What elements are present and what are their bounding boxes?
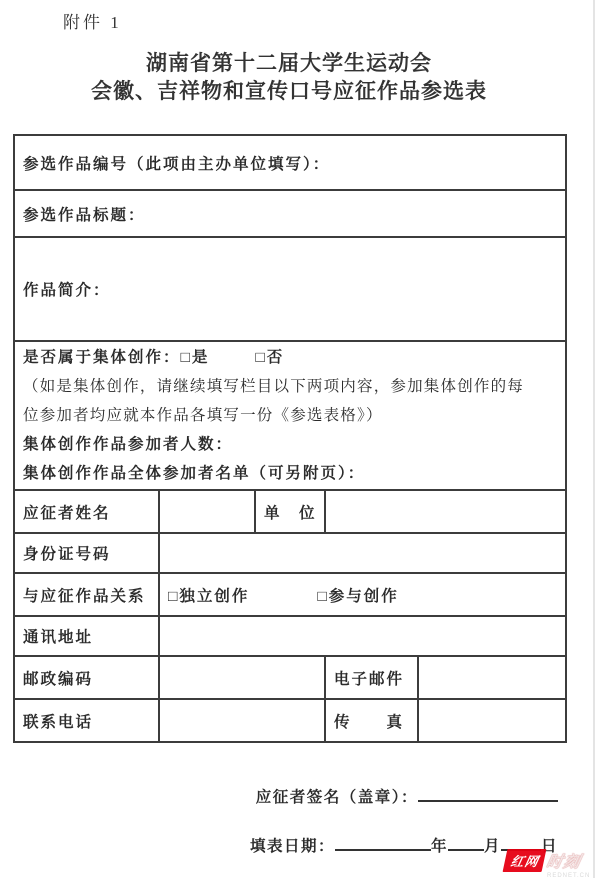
collective-count-label[interactable]: 集体创作作品参加者人数：: [23, 430, 557, 459]
postal-code-input-cell[interactable]: [159, 656, 325, 699]
signature-label: 应征者签名（盖章）：: [256, 789, 418, 806]
fax-label: 传 真: [325, 699, 418, 742]
table-row: 参选作品标题：: [14, 190, 566, 237]
work-title-cell[interactable]: 参选作品标题：: [14, 190, 566, 237]
signature-line[interactable]: [418, 785, 558, 802]
date-year-line[interactable]: [335, 834, 431, 851]
checkbox-independent-creation[interactable]: □独立创作: [168, 588, 249, 605]
signature-row: 应征者签名（盖章）：: [256, 785, 558, 807]
table-row: 邮政编码 电子邮件: [14, 656, 566, 699]
form-title-line1: 湖南省第十二届大学生运动会: [13, 50, 565, 78]
applicant-name-label: 应征者姓名: [14, 490, 159, 533]
unit-label: 单 位: [255, 490, 325, 533]
rednet-logo-right: 时刻 REDNET.CN: [547, 849, 590, 878]
work-intro-cell[interactable]: 作品简介：: [14, 237, 566, 341]
date-label: 填表日期：: [250, 838, 335, 855]
applicant-name-input-cell[interactable]: [159, 490, 255, 533]
table-row: 联系电话 传 真: [14, 699, 566, 742]
id-number-input-cell[interactable]: [159, 533, 566, 573]
table-row: 与应征作品关系 □独立创作□参与创作: [14, 573, 566, 616]
table-row: 参选作品编号（此项由主办单位填写）：: [14, 135, 566, 190]
rednet-watermark-logo: 红网 时刻 REDNET.CN: [505, 849, 590, 878]
form-title: 湖南省第十二届大学生运动会 会徽、吉祥物和宣传口号应征作品参选表: [13, 50, 565, 106]
form-document-page: 附件 1 湖南省第十二届大学生运动会 会徽、吉祥物和宣传口号应征作品参选表 参选…: [0, 0, 600, 878]
relation-options-cell: □独立创作□参与创作: [159, 573, 566, 616]
scan-page-edge: [593, 0, 595, 878]
rednet-logo-caption: REDNET.CN: [547, 873, 590, 878]
address-input-cell[interactable]: [159, 616, 566, 656]
table-row: 应征者姓名 单 位: [14, 490, 566, 533]
fax-input-cell[interactable]: [418, 699, 566, 742]
unit-input-cell[interactable]: [325, 490, 566, 533]
id-number-label: 身份证号码: [14, 533, 159, 573]
rednet-logo-red-chip: 红网: [503, 849, 547, 872]
email-input-cell[interactable]: [418, 656, 566, 699]
phone-input-cell[interactable]: [159, 699, 325, 742]
table-row: 身份证号码: [14, 533, 566, 573]
email-label: 电子邮件: [325, 656, 418, 699]
collective-creation-cell: 是否属于集体创作：□是□否 （如是集体创作，请继续填写栏目以下两项内容，参加集体…: [14, 341, 566, 490]
collective-note-line1: （如是集体创作，请继续填写栏目以下两项内容，参加集体创作的每: [23, 372, 557, 401]
collective-roster-label[interactable]: 集体创作作品全体参加者名单（可另附页）：: [23, 459, 557, 488]
postal-code-label: 邮政编码: [14, 656, 159, 699]
table-row: 通讯地址: [14, 616, 566, 656]
checkbox-collective-no[interactable]: □否: [255, 349, 284, 366]
table-row: 是否属于集体创作：□是□否 （如是集体创作，请继续填写栏目以下两项内容，参加集体…: [14, 341, 566, 490]
address-label: 通讯地址: [14, 616, 159, 656]
collective-note-line2: 位参加者均应就本作品各填写一份《参选表格》）: [23, 401, 557, 430]
rednet-logo-left-text: 红网: [509, 851, 541, 870]
table-row: 作品简介：: [14, 237, 566, 341]
rednet-logo-right-text: 时刻: [545, 849, 593, 872]
application-form-table: 参选作品编号（此项由主办单位填写）： 参选作品标题： 作品简介： 是否属于集体创…: [13, 134, 567, 743]
year-suffix: 年: [431, 838, 448, 855]
date-month-line[interactable]: [448, 834, 484, 851]
collective-question-label: 是否属于集体创作：: [23, 349, 181, 366]
relation-label: 与应征作品关系: [14, 573, 159, 616]
form-title-line2: 会徽、吉祥物和宣传口号应征作品参选表: [13, 78, 565, 106]
checkbox-joint-creation[interactable]: □参与创作: [317, 588, 398, 605]
checkbox-collective-yes[interactable]: □是: [181, 349, 210, 366]
phone-label: 联系电话: [14, 699, 159, 742]
entry-number-cell[interactable]: 参选作品编号（此项由主办单位填写）：: [14, 135, 566, 190]
month-suffix: 月: [484, 838, 501, 855]
attachment-label: 附件 1: [63, 8, 122, 33]
